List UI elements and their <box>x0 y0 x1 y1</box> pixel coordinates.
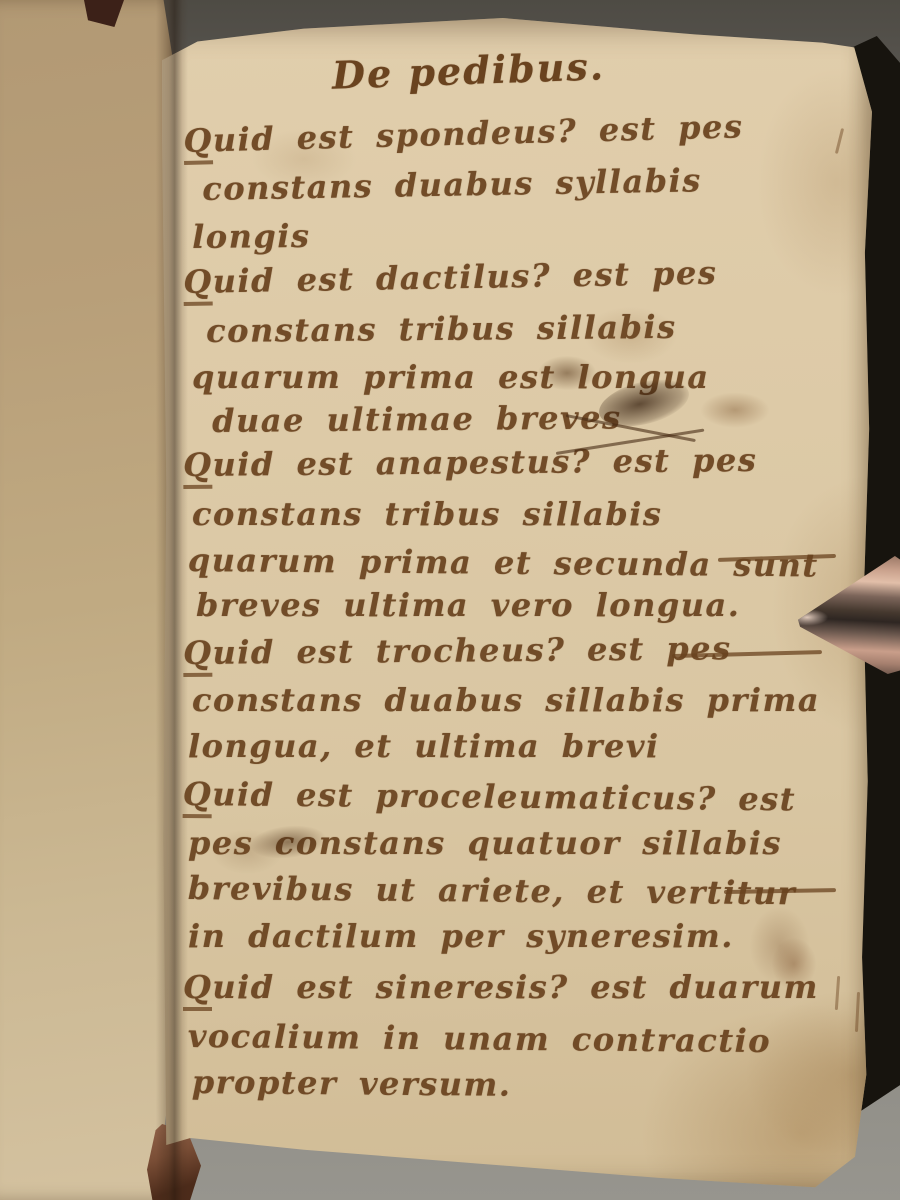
manuscript-photo: De pedibus. Quid est spondeus? est pesco… <box>0 0 900 1200</box>
page-title: De pedibus. <box>331 43 605 97</box>
manuscript-line: propter versum. <box>192 1063 512 1104</box>
ink-stain <box>538 356 596 390</box>
manuscript-line: Quid est anapestus? est pes <box>183 441 757 484</box>
manuscript-line: longis <box>192 217 311 256</box>
ink-stain <box>700 392 770 428</box>
manuscript-line: vocalium in unam contractio <box>188 1017 772 1060</box>
manuscript-line: Quid est sineresis? est duarum <box>183 968 819 1006</box>
manuscript-line: constans tribus sillabis <box>192 495 662 533</box>
manuscript-line: Quid est proceleumaticus? est <box>183 775 796 818</box>
manuscript-line: constans tribus sillabis <box>206 308 677 350</box>
manuscript-line: longua, et ultima brevi <box>188 727 660 765</box>
manuscript-line: in dactilum per syneresim. <box>188 917 734 955</box>
manuscript-line: constans duabus syllabis <box>202 161 702 208</box>
manuscript-line: quarum prima et secunda sunt <box>188 541 819 585</box>
manuscript-line: Quid est dactilus? est pes <box>183 254 718 301</box>
ink-stain <box>772 938 816 990</box>
manuscript-line: duae ultimae breves <box>212 398 622 440</box>
manuscript-line: breves ultima vero longua. <box>196 586 740 624</box>
manuscript-line: Quid est spondeus? est pes <box>183 107 744 160</box>
margin-mark <box>835 976 840 1010</box>
margin-mark <box>835 128 844 154</box>
manuscript-line: constans duabus sillabis prima <box>192 681 820 719</box>
manuscript-line: brevibus ut ariete, et vertitur <box>188 869 797 912</box>
handwritten-text: De pedibus. Quid est spondeus? est pesco… <box>0 0 900 1200</box>
manuscript-line: Quid est trocheus? est pes <box>183 629 732 672</box>
margin-mark <box>855 992 860 1032</box>
